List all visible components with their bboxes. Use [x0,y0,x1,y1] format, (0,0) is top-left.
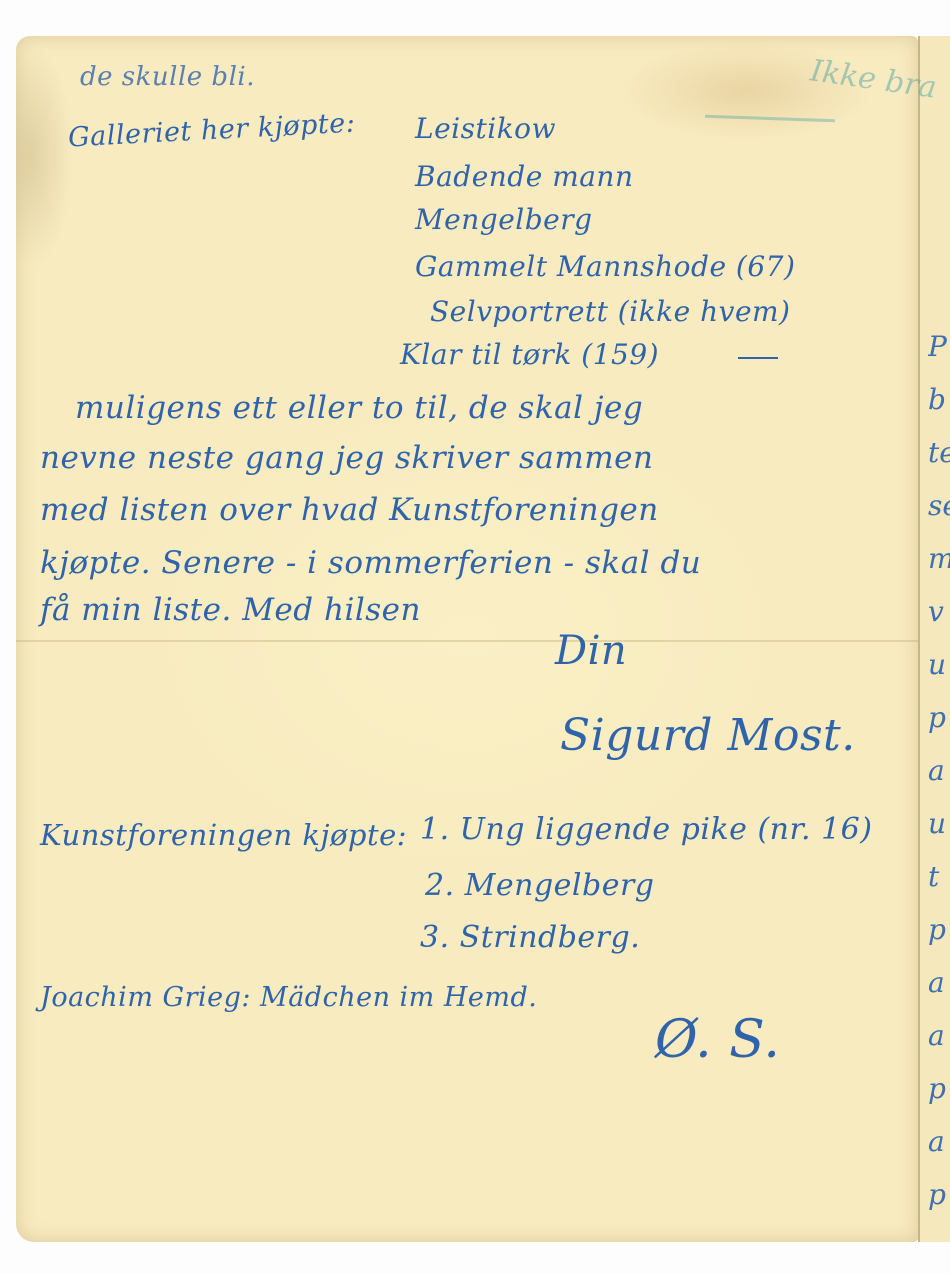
galleriet-item: Leistikow [415,112,556,145]
opening-fragment: de skulle bli. [80,62,255,92]
dash-mark [738,357,778,359]
signature: Sigurd Most. [560,710,856,761]
galleriet-item: Mengelberg [415,203,593,236]
postscript: Joachim Grieg: Mädchen im Hemd. [40,982,537,1013]
kunstforeningen-item: 2. Mengelberg [425,868,655,903]
galleriet-item: Klar til tørk (159) [400,338,659,371]
galleriet-item: Badende mann [415,160,634,193]
kunstforeningen-item: 3. Strindberg. [420,920,640,955]
body-line: få min liste. Med hilsen [40,592,421,628]
body-line: nevne neste gang jeg skriver sammen [40,440,653,476]
kunstforeningen-item: 1. Ung liggende pike (nr. 16) [420,812,872,847]
initials: Ø. S. [655,1010,780,1070]
body-line: kjøpte. Senere - i sommerferien - skal d… [40,545,701,581]
horizontal-fold-line [16,640,918,642]
closing-word: Din [555,628,627,674]
next-page-text-fragment: P b te se m v u p a u t p a a p a p [928,320,950,1221]
galleriet-item: Selvportrett (ikke hvem) [430,295,790,328]
galleriet-item: Gammelt Mannshode (67) [415,250,795,283]
body-line: med listen over hvad Kunstforeningen [40,492,659,528]
kunstforeningen-label: Kunstforeningen kjøpte: [40,818,407,852]
body-line: muligens ett eller to til, de skal jeg [75,390,643,426]
